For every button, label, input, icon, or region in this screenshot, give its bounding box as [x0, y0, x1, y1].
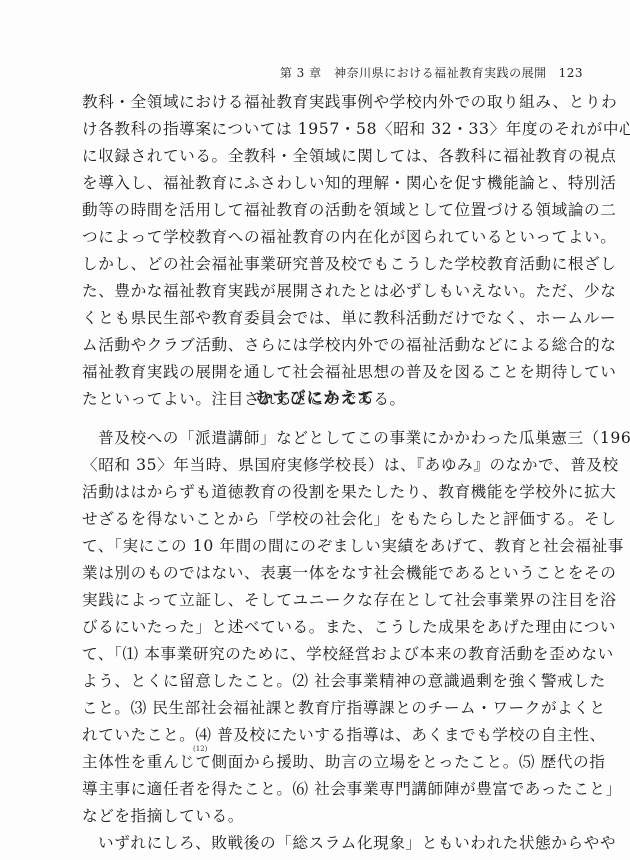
text-line: 〈昭和 35〉年当時、県国府実修学校長）は、『あゆみ』のなかで、普及校 [82, 452, 568, 479]
text-line: た、豊かな福祉教育実践が展開されたとは必ずしもいえない。ただ、少な [82, 278, 568, 305]
text-line: て、「⑴ 本事業研究のために、学校経営および本来の教育活動を歪めない [82, 641, 568, 668]
text-line: 教科・全領域における福祉教育実践事例や学校内外での取り組み、とりわ [82, 89, 568, 116]
text-line: 主体性を重んじて側面から援助、助言の立場をとったこと。⑸ 歴代の指 [82, 749, 568, 776]
text-line: に収録されている。全教科・全領域に関しては、各教科に福祉教育の視点 [82, 143, 568, 170]
text-line: 活動ははからずも道徳教育の役割を果たしたり、教育機能を学校外に拡大 [82, 479, 568, 506]
text-line: 実践によって立証し、そしてユニークな存在として社会事業界の注目を浴 [82, 587, 568, 614]
page-number: 123 [559, 66, 583, 80]
text-line: れていたこと。⑷ 普及校にたいする指導は、あくまでも学校の自主性、 [82, 722, 568, 749]
paragraph-2: 普及校への「派遣講師」などとしてこの事業にかかわった瓜巣憲三（1960 〈昭和 … [82, 425, 568, 857]
text-line: こと。⑶ 民生部社会福祉課と教育庁指導課とのチーム・ワークがよくと [82, 695, 568, 722]
book-page: 第 3 章 神奈川県における福祉教育実践の展開123 教科・全領域における福祉教… [0, 0, 630, 860]
text-line: などを指摘している。 [82, 803, 568, 830]
text-line: 普及校への「派遣講師」などとしてこの事業にかかわった瓜巣憲三（1960 [82, 425, 568, 452]
section-heading: むすびにかえて [0, 385, 630, 408]
text-line: ム活動やクラブ活動、さらには学校内外での福祉活動などによる総合的な [82, 332, 568, 359]
text-line: よう、とくに留意したこと。⑵ 社会事業精神の意識過剰を強く警戒した [82, 668, 568, 695]
text-line: 福祉教育実践の展開を通して社会福祉思想の普及を図ることを期待してい [82, 359, 568, 386]
text-line: つによって学校教育への福祉教育の内在化が図られているといってよい。 [82, 224, 568, 251]
text-line: 業は別のものではない、表裏一体をなす社会機能であるということをその [82, 560, 568, 587]
running-header: 第 3 章 神奈川県における福祉教育実践の展開123 [280, 64, 583, 81]
text-line: びるにいたった」と述べている。また、こうした成果をあげた理由につい [82, 614, 568, 641]
paragraph-1: 教科・全領域における福祉教育実践事例や学校内外での取り組み、とりわ け各教科の指… [82, 89, 568, 413]
text-line: しかし、どの社会福祉事業研究普及校でもこうした学校教育活動に根ざし [82, 251, 568, 278]
text-line: せざるを得ないことから「学校の社会化」をもたらしたと評価する。そし [82, 506, 568, 533]
text-line: 導主事に適任者を得たこと。⑹ 社会事業専門講師陣が豊富であったこと」 [82, 776, 568, 803]
text-line: 動等の時間を活用して福祉教育の活動を領域として位置づける領域論の二 [82, 197, 568, 224]
text-line: を導入し、福祉教育にふさわしい知的理解・関心を促す機能論と、特別活 [82, 170, 568, 197]
text-line: くとも県民生部や教育委員会では、単に教科活動だけでなく、ホームルー [82, 305, 568, 332]
last-line-text: などを指摘している。 [82, 807, 244, 825]
chapter-title: 第 3 章 神奈川県における福祉教育実践の展開 [280, 66, 547, 80]
text-line: て、「実にこの 10 年間の間にのぞましい実績をあげて、教育と社会福祉事 [82, 533, 568, 560]
text-line: いずれにしろ、敗戦後の「総スラム化現象」ともいわれた状態からやや [82, 830, 568, 857]
footnote-reference[interactable]: (12) [193, 745, 207, 753]
text-line: け各教科の指導案については 1957・58〈昭和 32・33〉年度のそれが中心 [82, 116, 568, 143]
